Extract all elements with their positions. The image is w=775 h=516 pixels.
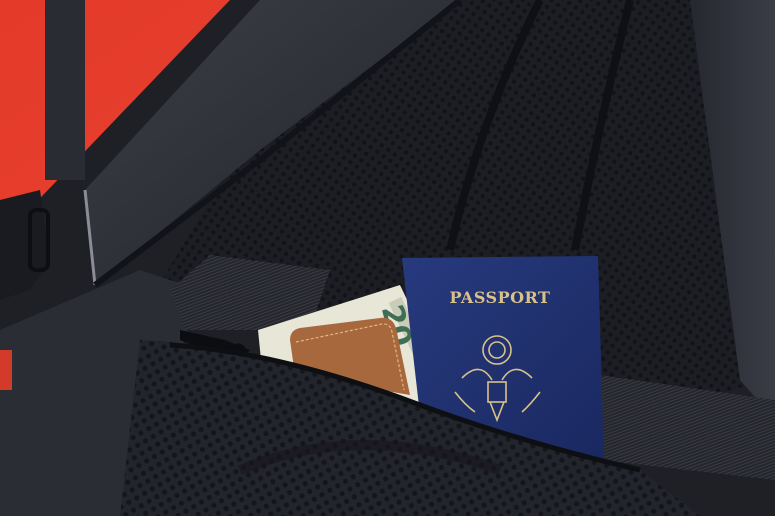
hanging-strap	[45, 0, 85, 180]
passport-cover-text: PASSPORT	[440, 288, 560, 307]
photo-scene: 20	[0, 0, 775, 516]
